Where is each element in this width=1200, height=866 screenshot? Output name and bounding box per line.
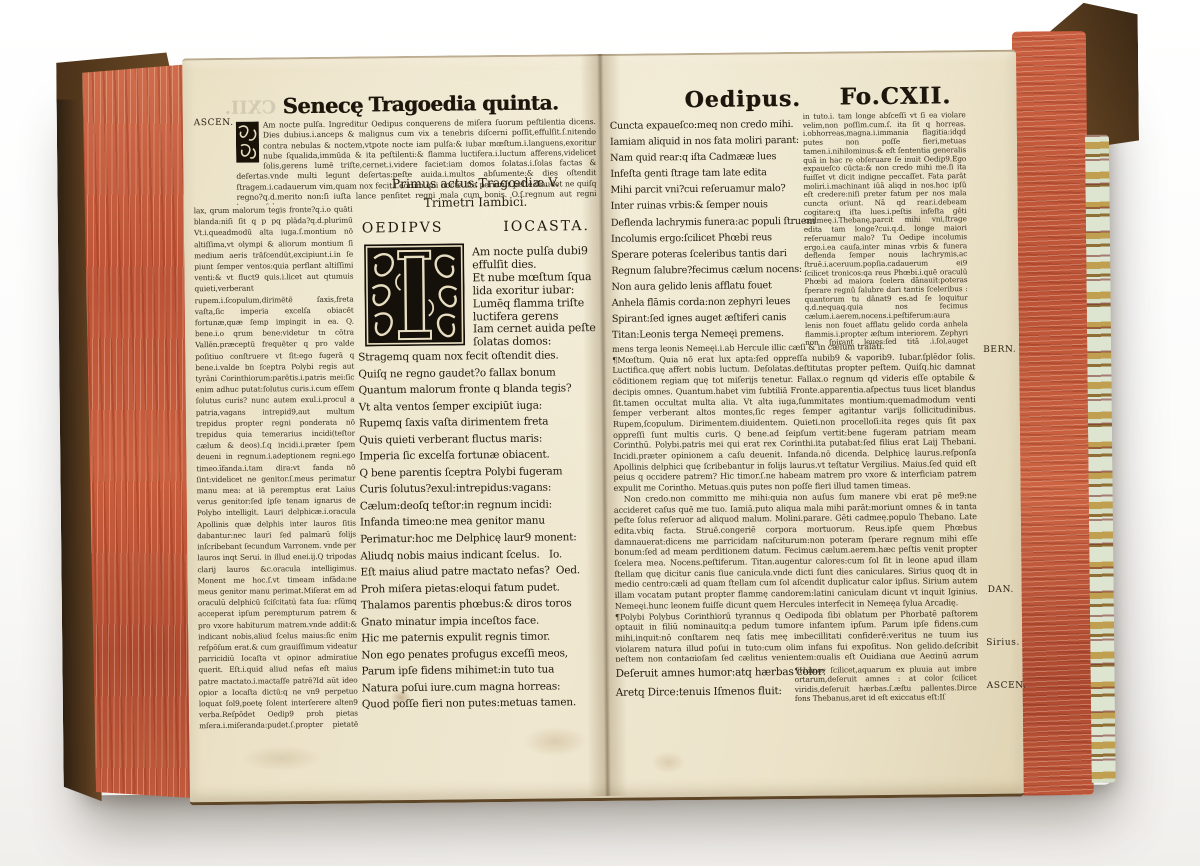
verse-line: Deſeruit amnes humor:atq hærbas color:	[615, 663, 795, 684]
margin-note-dan: DAN.	[988, 585, 1014, 595]
open-book: CXII. Senecę Tragoedia quinta. ASCEN. Am…	[0, 0, 1200, 866]
book-photograph: CXII. Senecę Tragoedia quinta. ASCEN. Am…	[0, 0, 1200, 866]
drop-cap-woodcut-initial-I	[364, 243, 465, 346]
running-head-title-left: Tragoedia quinta.	[368, 90, 558, 116]
verse-line: Aretq Dirce:tenuis Iſmenos fluit:	[616, 682, 796, 703]
right-page-verse: Cuncta expaueſco:meq non credo mihi.Iami…	[610, 117, 804, 344]
verse-line: Infeſta genti ſtrage tam late edita	[610, 165, 802, 183]
speaker-oedipus: OEDIPVS	[362, 220, 444, 237]
verse-line: Anhela flāmis corda:non zephyri leues	[612, 294, 804, 312]
gloss-top-text: Am nocte pulſa. Ingreditur Oedipus conqu…	[236, 117, 596, 205]
verse-line: Quantum malorum fronte q blanda tegis?	[358, 380, 600, 399]
verse-line: Deflenda lachrymis funera:ac populi ſtru…	[611, 213, 803, 231]
small-woodcut-initial	[236, 122, 259, 163]
verse-line: Sperare poteras ſceleribus tantis dari	[611, 246, 803, 264]
folio-number: Fo.CXII.	[839, 82, 951, 110]
margin-note-ascen-left: ASCEN.	[194, 118, 234, 128]
verse-beside-initial: Am nocte pulſa dubi9effulſit dies.Et nub…	[472, 245, 596, 350]
verse-line: Non ego penates profugus exceſſi meos,	[361, 645, 603, 664]
verse-line: Regnum ſalubre?fecimus cælum nocens:	[611, 262, 803, 280]
verse-line: Eſt maius aliud patre mactato nefas? Oed…	[360, 562, 602, 581]
verse-line: Inter ruinas vrbis:& ſemper nouis	[611, 197, 803, 215]
running-head-title-right: Oedipus.	[684, 86, 801, 113]
running-head-author: Senecę	[282, 92, 363, 118]
drop-cap-row: Am nocte pulſa dubi9effulſit dies.Et nub…	[364, 242, 596, 351]
speakers-heading: OEDIPVS IOCASTA.	[362, 218, 590, 236]
gloss-commentary-block: mens terga leonis Nemeęi.i.ab Hercule il…	[612, 340, 978, 662]
gloss-paragraph: Non credo.non committo me mihi:quia non …	[614, 490, 978, 612]
verse-line: Mihi parcit vni?cui reſeruamur malo?	[610, 181, 802, 199]
show-through-ghost-text: CXII.	[225, 97, 277, 119]
margin-note-bern: BERN.	[983, 345, 1016, 355]
act-heading: Primus actus:Tragœdiæ.V.	[355, 174, 595, 192]
gloss-top-block: Am nocte pulſa. Ingreditur Oedipus conqu…	[236, 117, 597, 205]
meter-heading: Trimetri Iambici.	[356, 194, 596, 211]
verse-line: Nam quid rear:q iſta Cadmææ lues	[610, 149, 802, 167]
left-red-fore-edge	[82, 64, 196, 799]
verse-line: Spirant:ſed ignes auget æſtiferi canis	[612, 310, 804, 328]
left-page-verse: Stragemq quam nox fecit oſtendit dies.Qu…	[358, 347, 604, 714]
gloss-left-column: lax, qrum malorum tegis fronte?q.i.o quā…	[194, 204, 359, 733]
margin-note-ascen-right: ASCEN.	[987, 681, 1027, 691]
gloss-right-column: in tuto.i. tam longe abſceſſi vt ſi ea v…	[803, 111, 968, 348]
verse-line: Cuncta expaueſco:meq non credo mihi.	[610, 117, 802, 135]
verse-line: Thalamos parentis phœbus:& diros toros	[361, 595, 603, 614]
verse-line: Iamiam aliquid in nos fata moliri parant…	[610, 133, 802, 151]
verse-line: Quod poſſe fieri non putes:metuas tamen.	[362, 694, 604, 713]
right-page-verse-bottom: Deſeruit amnes humor:atq hærbas color:Ar…	[615, 663, 795, 703]
verse-line: Perimatur:hoc me Delphicę laur9 monent:	[360, 529, 602, 548]
gloss-paragraph: ¶Polybi Polybus Corinthiorū tyrannus q O…	[615, 608, 979, 662]
margin-note-sirius: Sirius.	[986, 638, 1020, 648]
speaker-iocasta: IOCASTA.	[503, 218, 590, 235]
verse-line: Non aura gelido lenis afflatu fouet	[611, 278, 803, 296]
gloss-bottom-block: ¶Humor ſcilicet,aquarum ex pluuia aut im…	[794, 664, 976, 708]
gloss-paragraph: ¶Mœſtum. Quia nō erat lux apta:ſed oppre…	[612, 351, 976, 494]
